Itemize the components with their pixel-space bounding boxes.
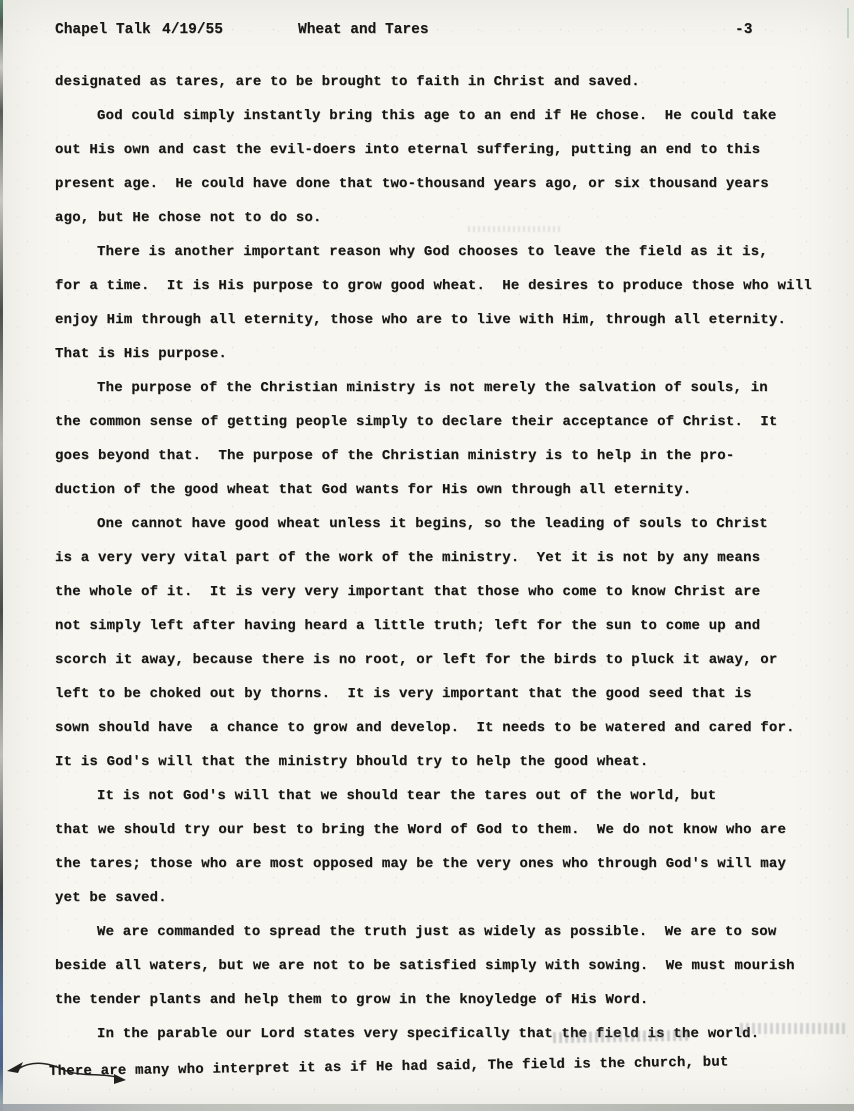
paragraph: One cannot have good wheat unless it beg… xyxy=(55,507,830,779)
text-line: goes beyond that. The purpose of the Chr… xyxy=(55,439,830,473)
document-title: Chapel Talk xyxy=(55,22,151,38)
text-line: the tender plants and help them to grow … xyxy=(55,983,830,1017)
text-line: duction of the good wheat that God wants… xyxy=(55,473,830,507)
text-line: out His own and cast the evil-doers into… xyxy=(55,133,830,167)
paragraph: In the parable our Lord states very spec… xyxy=(55,1017,830,1078)
document-date: 4/19/55 xyxy=(162,22,223,38)
text-line: sown should have a chance to grow and de… xyxy=(55,711,830,745)
text-line: scorch it away, because there is no root… xyxy=(55,643,830,677)
text-line: present age. He could have done that two… xyxy=(55,167,830,201)
text-line: is a very very vital part of the work of… xyxy=(55,541,830,575)
text-line: yet be saved. xyxy=(55,881,830,915)
scan-edge-bottom xyxy=(0,1104,854,1111)
text-line: God could simply instantly bring this ag… xyxy=(55,99,830,133)
text-line: the common sense of getting people simpl… xyxy=(55,405,830,439)
paragraph: The purpose of the Christian ministry is… xyxy=(55,371,830,507)
scan-edge-left xyxy=(0,0,3,1111)
text-line: One cannot have good wheat unless it beg… xyxy=(55,507,830,541)
document-body: designated as tares, are to be brought t… xyxy=(55,65,830,1078)
handwritten-squiggle-mark xyxy=(4,1056,139,1091)
scan-edge-right-mark xyxy=(847,8,849,38)
text-line: left to be choked out by thorns. It is v… xyxy=(55,677,830,711)
paragraph: God could simply instantly bring this ag… xyxy=(55,99,830,235)
text-line: The purpose of the Christian ministry is… xyxy=(55,371,830,405)
page-header: Chapel Talk 4/19/55 Wheat and Tares -3 xyxy=(55,22,844,42)
text-line: That is His purpose. xyxy=(55,337,830,371)
document-subject: Wheat and Tares xyxy=(298,22,429,38)
text-line: the whole of it. It is very very importa… xyxy=(55,575,830,609)
paragraph: It is not God's will that we should tear… xyxy=(55,779,830,915)
text-line: ago, but He chose not to do so. xyxy=(55,201,830,235)
text-line: not simply left after having heard a lit… xyxy=(55,609,830,643)
text-line: designated as tares, are to be brought t… xyxy=(55,65,830,99)
page-number: -3 xyxy=(735,22,752,38)
text-line: We are commanded to spread the truth jus… xyxy=(55,915,830,949)
text-line: There is another important reason why Go… xyxy=(55,235,830,269)
text-line: It is not God's will that we should tear… xyxy=(55,779,830,813)
document-page: Chapel Talk 4/19/55 Wheat and Tares -3 d… xyxy=(0,0,854,1111)
text-line: beside all waters, but we are not to be … xyxy=(55,949,830,983)
paragraph: We are commanded to spread the truth jus… xyxy=(55,915,830,1017)
text-line: It is God's will that the ministry bhoul… xyxy=(55,745,830,779)
text-line: that we should try our best to bring the… xyxy=(55,813,830,847)
paragraph: designated as tares, are to be brought t… xyxy=(55,65,830,99)
text-line: enjoy Him through all eternity, those wh… xyxy=(55,303,830,337)
paragraph: There is another important reason why Go… xyxy=(55,235,830,371)
text-line: for a time. It is His purpose to grow go… xyxy=(55,269,830,303)
text-line: the tares; those who are most opposed ma… xyxy=(55,847,830,881)
